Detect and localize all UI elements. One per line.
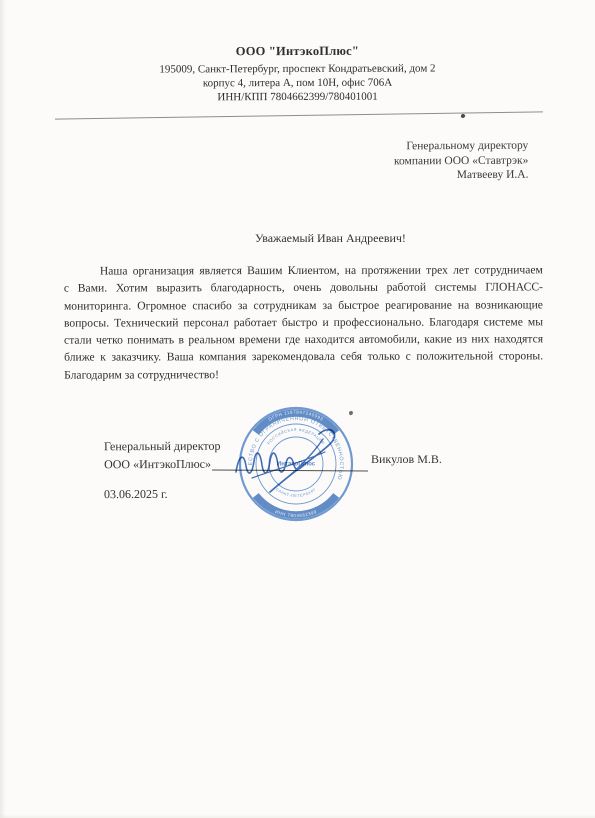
signatory-name: Викулов М.В. (371, 452, 442, 467)
scan-edge-shadow-bottom (0, 814, 595, 818)
letterhead-address: 195009, Санкт-Петербург, проспект Кондра… (0, 61, 595, 105)
signatory-company: ООО «ИнтэкоПлюс» (104, 455, 221, 473)
scan-speck (460, 113, 465, 118)
recipient-name: Матвееву И.А. (394, 168, 528, 183)
body-line: ближе к заказчику. Ваша компания зареком… (64, 348, 543, 367)
recipient-block: Генеральному директору компании ООО «Ста… (394, 139, 529, 183)
salutation: Уважаемый Иван Андреевич! (64, 231, 542, 246)
letter-date: 03.06.2025 г. (104, 487, 168, 502)
letterhead-inn-kpp: ИНН/КПП 7804662399/780401001 (0, 89, 595, 105)
letter-body: Наша организация является Вашим Клиентом… (64, 261, 543, 383)
letterhead-company-name: ООО "ИнтэкоПлюс" (0, 43, 595, 60)
body-line: с Вами. Хотим выразить благодарность, оч… (64, 279, 543, 298)
scan-edge-shadow (0, 0, 6, 818)
signatory-title: Генеральный директор (104, 438, 221, 456)
scanned-letter-page: ООО "ИнтэкоПлюс" 195009, Санкт-Петербург… (0, 0, 595, 818)
signature-block: Генеральный директор ООО «ИнтэкоПлюс» (104, 438, 221, 474)
handwritten-signature-icon (222, 418, 372, 503)
body-line: стали четко понимать в реальном времени … (64, 331, 543, 350)
body-line: Наша организация является Вашим Клиентом… (64, 261, 543, 280)
recipient-company: компании ООО «Ставтрэк» (394, 153, 528, 168)
body-line: Благодарим за сотрудничество! (64, 365, 543, 384)
letterhead: ООО "ИнтэкоПлюс" 195009, Санкт-Петербург… (0, 43, 595, 105)
letterhead-divider-rule (55, 111, 543, 119)
recipient-title: Генеральному директору (394, 139, 528, 154)
body-line: вопросы. Технический персонал работает б… (64, 313, 543, 332)
body-line: мониторинга. Огромное спасибо за сотрудн… (64, 296, 543, 315)
